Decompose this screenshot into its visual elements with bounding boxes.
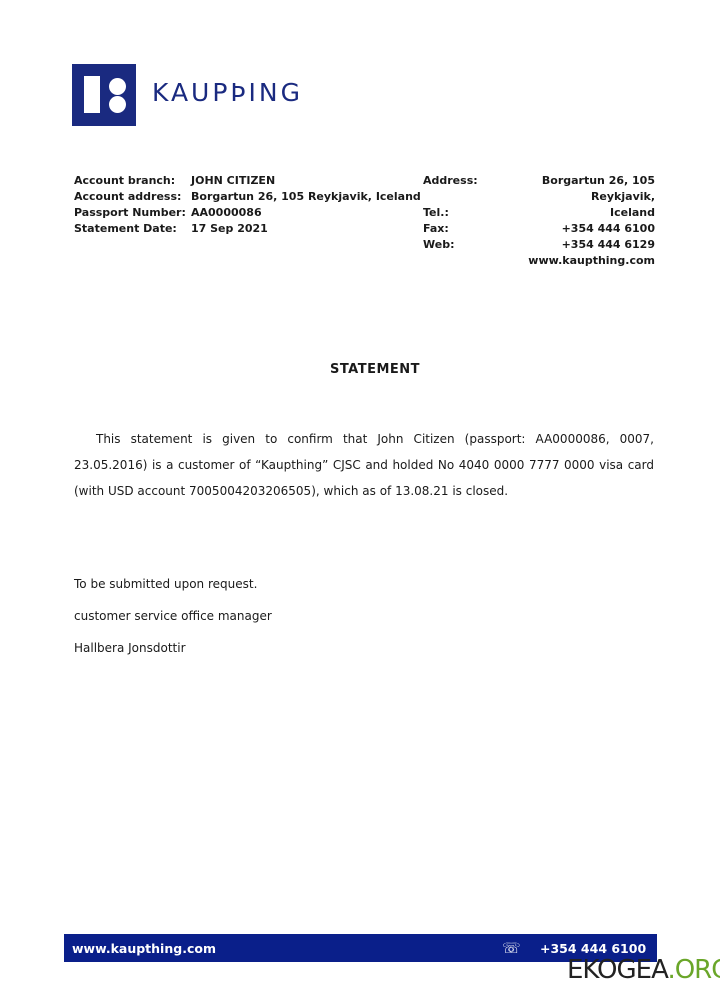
info-label: Account address:	[74, 189, 191, 205]
telephone-icon: ☏	[502, 939, 522, 957]
footer-phone: +354 444 6100	[540, 941, 646, 956]
bank-contact-info: Address:Borgartun 26, 105 Reykjavik, Tel…	[423, 173, 655, 269]
statement-body: This statement is given to confirm that …	[74, 426, 654, 504]
logo-mark	[72, 64, 136, 126]
watermark-text: EKOGEA	[567, 955, 667, 985]
info-value: +354 444 6129	[562, 237, 655, 253]
info-value: Borgartun 26, 105 Reykjavik, Iceland	[191, 189, 421, 205]
info-value: www.kaupthing.com	[528, 253, 655, 269]
info-row: Web:+354 444 6129	[423, 237, 655, 253]
info-label: Web:	[423, 237, 454, 253]
info-row: Passport Number:AA0000086	[74, 205, 421, 221]
info-value: 17 Sep 2021	[191, 221, 268, 237]
statement-text: This statement is given to confirm that …	[74, 432, 654, 498]
signatory-name: Hallbera Jonsdottir	[74, 632, 272, 664]
closing-block: To be submitted upon request. customer s…	[74, 568, 272, 664]
info-value: +354 444 6100	[562, 221, 655, 237]
info-row: Tel.:Iceland	[423, 205, 655, 221]
info-label: Statement Date:	[74, 221, 191, 237]
info-label: Address:	[423, 173, 478, 205]
info-row: Fax:+354 444 6100	[423, 221, 655, 237]
logo-wordmark: KAUPÞING	[152, 78, 303, 107]
info-label: Account branch:	[74, 173, 191, 189]
info-value: Iceland	[610, 205, 655, 221]
info-value: JOHN CITIZEN	[191, 173, 275, 189]
watermark-suffix: .ORG	[667, 955, 720, 985]
logo-dot-shape	[109, 96, 126, 113]
footer-website-link[interactable]: www.kaupthing.com	[72, 941, 216, 956]
signatory-title: customer service office manager	[74, 600, 272, 632]
document-title: STATEMENT	[0, 362, 720, 377]
info-label: Fax:	[423, 221, 449, 237]
info-row: Account branch:JOHN CITIZEN	[74, 173, 421, 189]
info-label: Tel.:	[423, 205, 449, 221]
info-row: Address:Borgartun 26, 105 Reykjavik,	[423, 173, 655, 205]
info-value: AA0000086	[191, 205, 262, 221]
info-row: www.kaupthing.com	[423, 253, 655, 269]
info-row: Account address:Borgartun 26, 105 Reykja…	[74, 189, 421, 205]
watermark: EKOGEA.ORG	[567, 955, 720, 985]
closing-line: To be submitted upon request.	[74, 568, 272, 600]
logo-bar-shape	[84, 76, 100, 113]
logo-dot-shape	[109, 78, 126, 95]
account-info-left: Account branch:JOHN CITIZEN Account addr…	[74, 173, 421, 237]
info-row: Statement Date:17 Sep 2021	[74, 221, 421, 237]
info-value: Borgartun 26, 105 Reykjavik,	[478, 173, 655, 205]
info-label: Passport Number:	[74, 205, 191, 221]
